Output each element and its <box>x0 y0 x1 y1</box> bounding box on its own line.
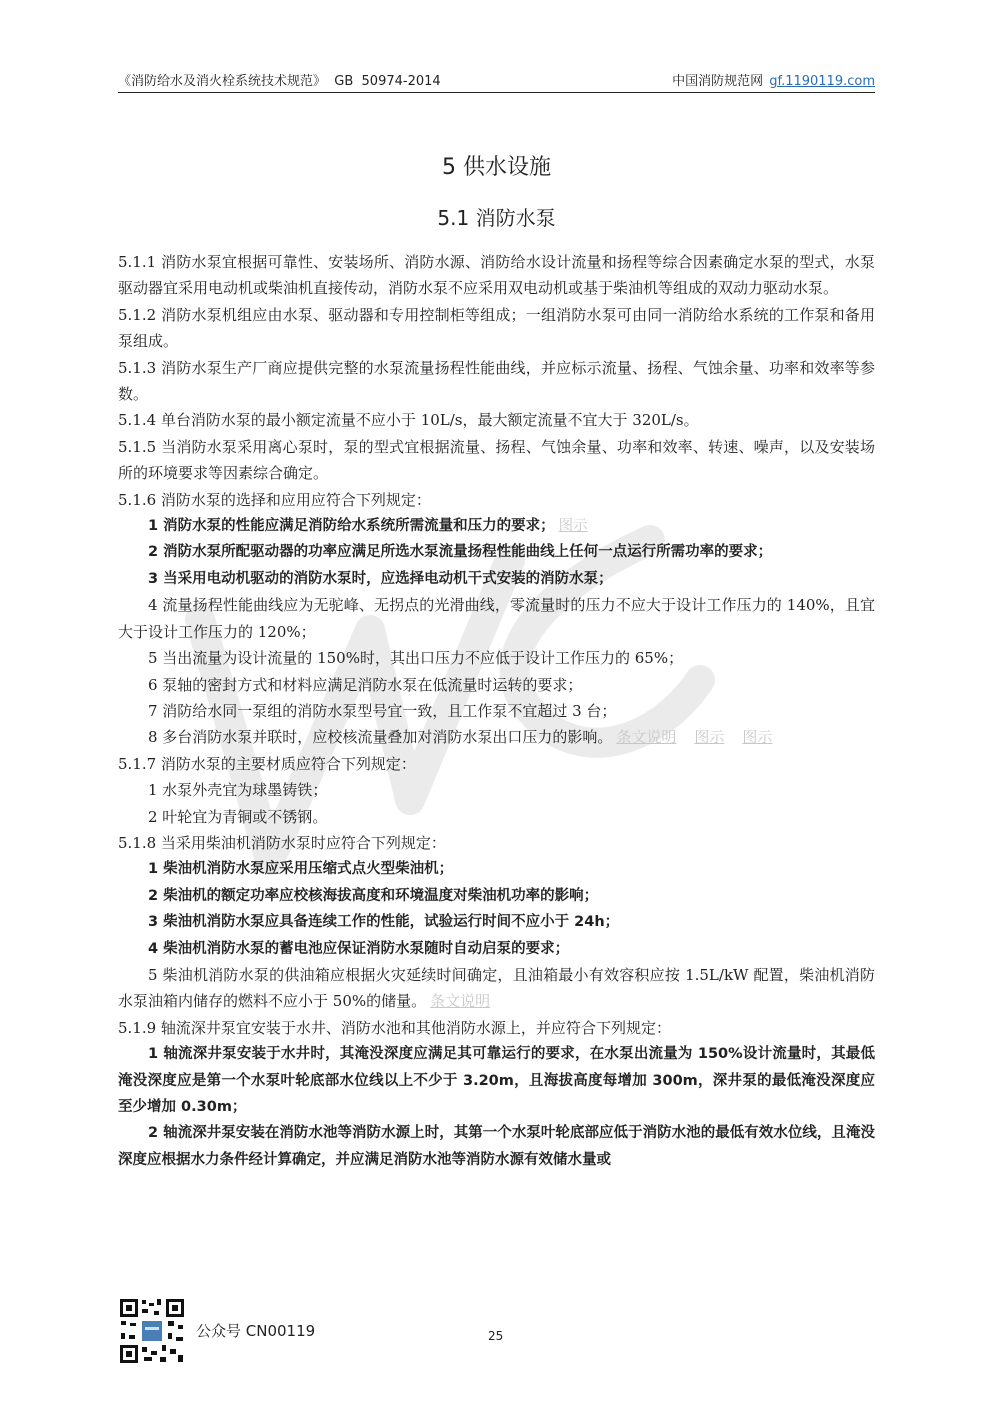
document-body: 5.1.1 消防水泵宜根据可靠性、安装场所、消防水源、消防给水设计流量和扬程等综… <box>118 249 875 1173</box>
clause-5-1-9-item-1: 1 轴流深井泵安装于水井时，其淹没深度应满足其可靠运行的要求，在水泵出流量为 1… <box>118 1041 875 1120</box>
site-info: 中国消防规范网gf.1190119.com <box>672 70 875 89</box>
document-title: 《消防给水及消火栓系统技术规范》 GB 50974-2014 <box>118 70 441 89</box>
diagram-link[interactable]: 图示 <box>694 728 724 746</box>
clause-5-1-9-item-2: 2 轴流深井泵安装在消防水池等消防水源上时，其第一个水泵叶轮底部应低于消防水池的… <box>118 1120 875 1173</box>
clause-5-1-8-item-4: 4 柴油机消防水泵的蓄电池应保证消防水泵随时自动启泵的要求； <box>118 936 875 962</box>
clause-5-1-6-item-8: 8 多台消防水泵并联时，应校核流量叠加对消防水泵出口压力的影响。条文说明图示图示 <box>118 724 875 750</box>
section-title: 5.1 消防水泵 <box>0 202 993 231</box>
clause-5-1-6-item-1: 1 消防水泵的性能应满足消防给水系统所需流量和压力的要求；图示 <box>118 513 875 539</box>
clause-5-1-4: 5.1.4 单台消防水泵的最小额定流量不应小于 10L/s，最大额定流量不宜大于… <box>118 407 875 433</box>
clause-5-1-6-item-4: 4 流量扬程性能曲线应为无驼峰、无拐点的光滑曲线，零流量时的压力不应大于设计工作… <box>118 592 875 645</box>
clause-5-1-8-item-2: 2 柴油机的额定功率应校核海拔高度和环境温度对柴油机功率的影响； <box>118 883 875 909</box>
clause-5-1-5: 5.1.5 当消防水泵采用离心泵时，泵的型式宜根据流量、扬程、气蚀余量、功率和效… <box>118 434 875 487</box>
clause-5-1-1: 5.1.1 消防水泵宜根据可靠性、安装场所、消防水源、消防给水设计流量和扬程等综… <box>118 249 875 302</box>
clause-5-1-6-item-3: 3 当采用电动机驱动的消防水泵时，应选择电动机干式安装的消防水泵； <box>118 566 875 592</box>
clause-5-1-8-item-1: 1 柴油机消防水泵应采用压缩式点火型柴油机； <box>118 856 875 882</box>
clause-5-1-3: 5.1.3 消防水泵生产厂商应提供完整的水泵流量扬程性能曲线，并应标示流量、扬程… <box>118 355 875 408</box>
chapter-title: 5 供水设施 <box>0 150 993 181</box>
clause-5-1-7-intro: 5.1.7 消防水泵的主要材质应符合下列规定： <box>118 751 875 777</box>
explanation-link[interactable]: 条文说明 <box>430 992 490 1010</box>
item-text: 8 多台消防水泵并联时，应校核流量叠加对消防水泵出口压力的影响。 <box>148 728 612 746</box>
clause-5-1-6-item-7: 7 消防给水同一泵组的消防水泵型号宜一致，且工作泵不宜超过 3 台； <box>118 698 875 724</box>
site-link[interactable]: gf.1190119.com <box>769 74 875 89</box>
page-number: 25 <box>488 1329 503 1343</box>
clause-5-1-6-item-5: 5 当出流量为设计流量的 150%时，其出口压力不应低于设计工作压力的 65%； <box>118 645 875 671</box>
site-name: 中国消防规范网 <box>672 74 763 89</box>
clause-5-1-2: 5.1.2 消防水泵机组应由水泵、驱动器和专用控制柜等组成；一组消防水泵可由同一… <box>118 302 875 355</box>
item-text: 1 消防水泵的性能应满足消防给水系统所需流量和压力的要求； <box>148 518 555 534</box>
clause-5-1-6-item-6: 6 泵轴的密封方式和材料应满足消防水泵在低流量时运转的要求； <box>118 672 875 698</box>
item-text: 5 柴油机消防水泵的供油箱应根据火灾延续时间确定，且油箱最小有效容积应按 1.5… <box>118 966 875 1010</box>
clause-5-1-7-item-2: 2 叶轮宜为青铜或不锈钢。 <box>118 804 875 830</box>
page-header: 《消防给水及消火栓系统技术规范》 GB 50974-2014 中国消防规范网gf… <box>118 70 875 93</box>
clause-5-1-7-item-1: 1 水泵外壳宜为球墨铸铁； <box>118 777 875 803</box>
wechat-account-label: 公众号 CN00119 <box>196 1320 315 1341</box>
clause-5-1-9-intro: 5.1.9 轴流深井泵宜安装于水井、消防水池和其他消防水源上，并应符合下列规定： <box>118 1015 875 1041</box>
explanation-link[interactable]: 条文说明 <box>616 728 676 746</box>
clause-5-1-8-item-3: 3 柴油机消防水泵应具备连续工作的性能，试验运行时间不应小于 24h； <box>118 909 875 935</box>
clause-5-1-6-item-2: 2 消防水泵所配驱动器的功率应满足所选水泵流量扬程性能曲线上任何一点运行所需功率… <box>118 539 875 565</box>
qr-code-icon <box>118 1297 186 1365</box>
diagram-link[interactable]: 图示 <box>559 518 588 534</box>
clause-5-1-8-item-5: 5 柴油机消防水泵的供油箱应根据火灾延续时间确定，且油箱最小有效容积应按 1.5… <box>118 962 875 1015</box>
clause-5-1-6-intro: 5.1.6 消防水泵的选择和应用应符合下列规定： <box>118 487 875 513</box>
clause-5-1-8-intro: 5.1.8 当采用柴油机消防水泵时应符合下列规定： <box>118 830 875 856</box>
diagram-link[interactable]: 图示 <box>742 728 772 746</box>
